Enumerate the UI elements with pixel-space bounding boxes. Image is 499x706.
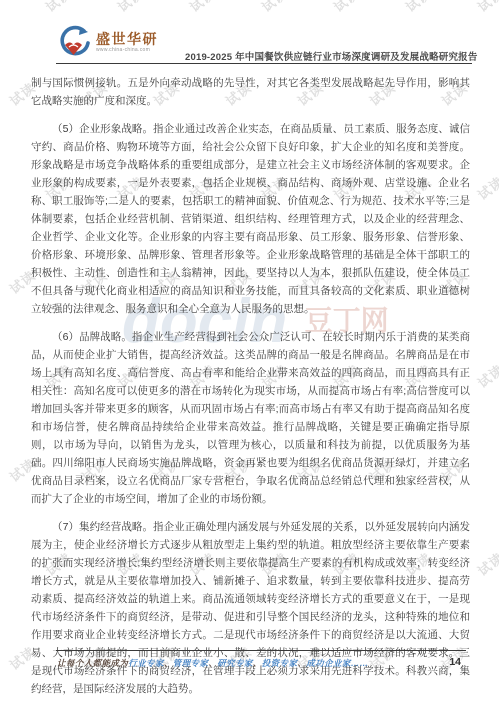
paragraph-continuation: 制与国际惯例接轨。五是外向牵动战略的先导性，对其它各类型发展战略起先导作用，影响… <box>31 74 470 110</box>
logo-url: www.china-china.com <box>96 48 158 53</box>
footer-tagline-separator: 、 <box>253 658 262 668</box>
footer-tagline-prefix: 让每个人都能成为 <box>57 658 128 668</box>
footer-rule <box>56 650 466 651</box>
page-content: 盛世华研 www.china-china.com 2019-2025 年中国餐饮… <box>0 0 499 698</box>
paragraph-7-intensive-operation-strategy: （7）集约经营战略。指企业正确处理内涵发展与外延发展的关系，以外延发展转向内涵发… <box>31 518 470 698</box>
footer-tagline-term: 研究专家 <box>217 658 253 668</box>
paragraph-6-brand-strategy: （6）品牌战略。指企业生产经营得到社会公众广泛认可、在较长时期内乐于消费的某类商… <box>31 328 470 508</box>
logo-name: 盛世华研 <box>96 32 158 46</box>
report-title: 2019-2025 年中国餐饮供应链行业市场深度调研及发展战略研究报告 <box>185 49 478 63</box>
footer-tagline-term: 管理专家 <box>173 658 209 668</box>
footer-tagline-term: 行业专家 <box>128 658 164 668</box>
page-number: 14 <box>449 656 461 668</box>
footer-tagline-term: 投资专家 <box>262 658 298 668</box>
header-rule <box>56 63 472 64</box>
document-page: 试读试读试读试读试读试读试读试读试读试读试读试读试读试读试读试读试读试读试读试读… <box>0 0 499 706</box>
footer-tagline: 让每个人都能成为行业专家、管理专家、研究专家、投资专家、成功企业家…… <box>57 657 369 669</box>
report-body: 制与国际惯例接轨。五是外向牵动战略的先导性，对其它各类型发展战略起先导作用，影响… <box>31 74 470 698</box>
footer-tagline-separator: 、 <box>297 658 306 668</box>
page-header: 盛世华研 www.china-china.com 2019-2025 年中国餐饮… <box>0 0 499 66</box>
footer-tagline-separator: 、 <box>164 658 173 668</box>
paragraph-5-corporate-image-strategy: （5）企业形象战略。指企业通过改善企业实态，在商品质量、员工素质、服务态度、诚信… <box>31 120 470 318</box>
company-logo: 盛世华研 www.china-china.com <box>57 25 158 59</box>
footer-tagline-terms: 行业专家、管理专家、研究专家、投资专家、成功企业家 <box>128 658 351 668</box>
footer-tagline-suffix: …… <box>351 658 369 668</box>
footer-tagline-separator: 、 <box>208 658 217 668</box>
logo-swoosh-book-icon <box>57 25 91 59</box>
logo-text-block: 盛世华研 www.china-china.com <box>96 32 158 53</box>
footer-tagline-term: 成功企业家 <box>306 658 351 668</box>
